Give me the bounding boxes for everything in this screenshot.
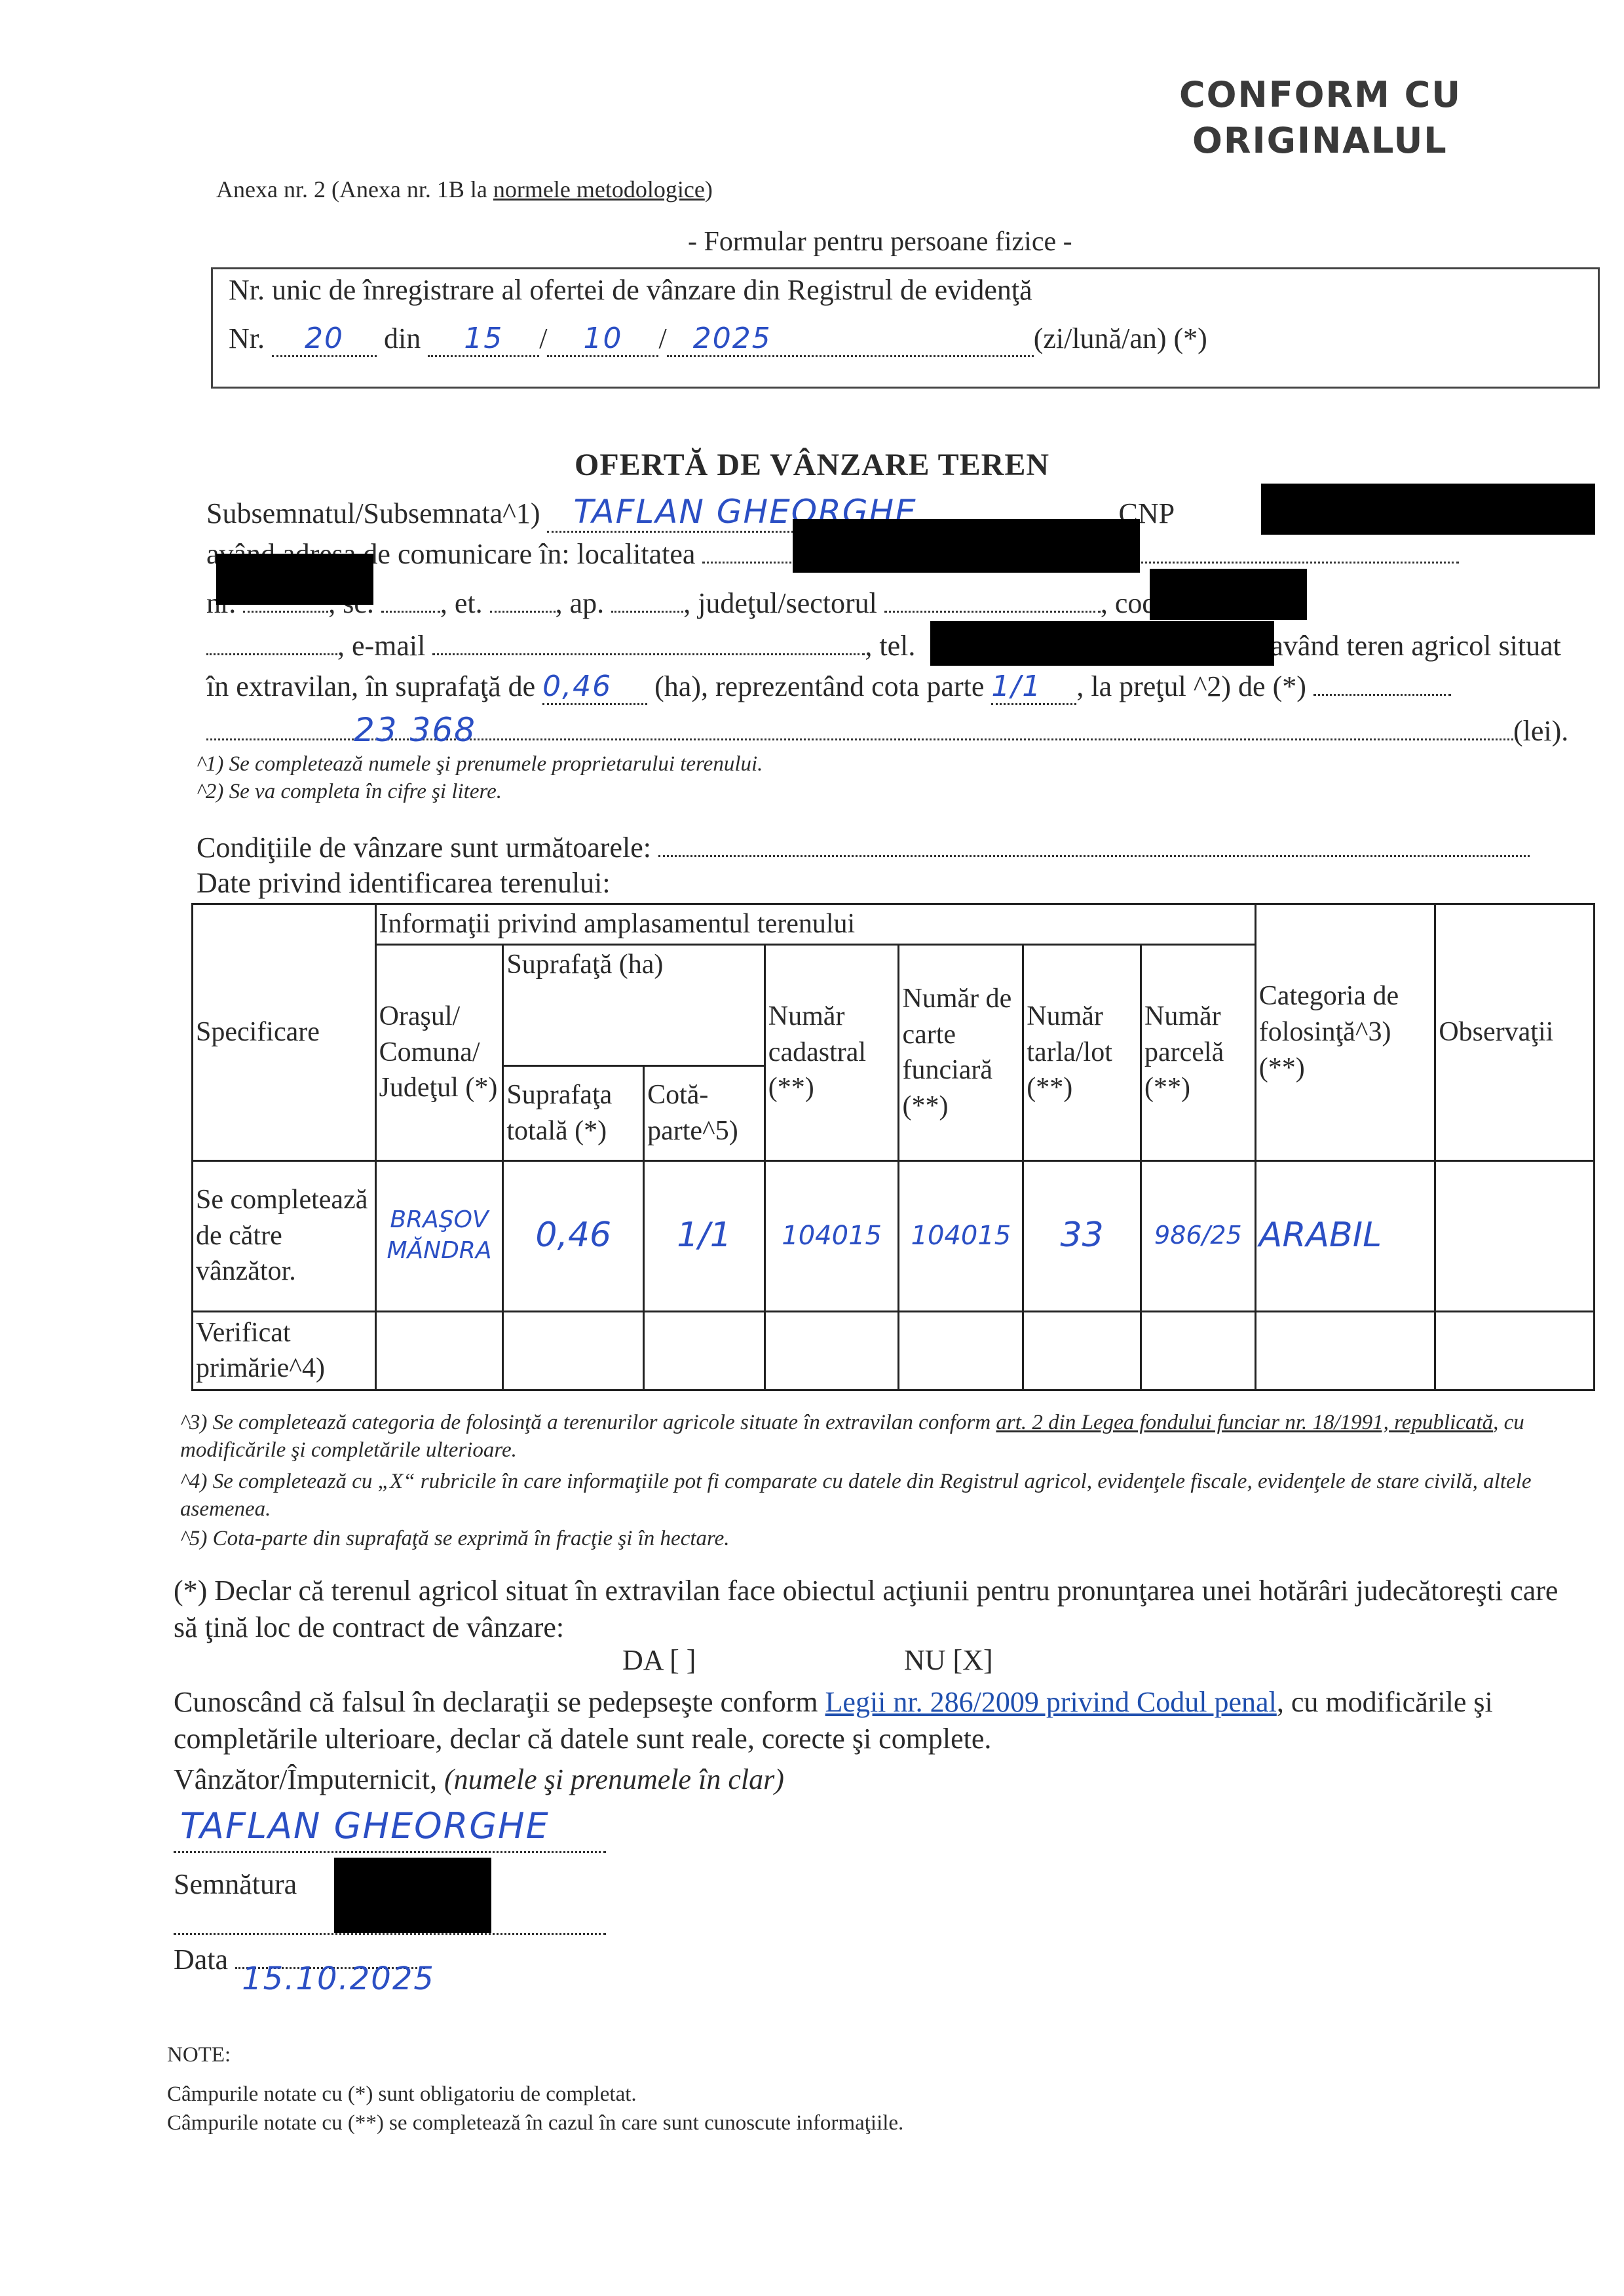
header-carte-funciara: Număr de carte funciară (**) (899, 944, 1023, 1160)
header-parcela: Număr parcelă (**) (1141, 944, 1256, 1160)
cell-categorie[interactable] (1255, 1311, 1435, 1390)
redacted-phone (930, 621, 1274, 666)
header-suprafata: Suprafaţă (ha) (503, 944, 765, 1065)
footnote-4: ^4) Se completează cu „X“ rubricile în c… (180, 1468, 1608, 1523)
registration-day-field[interactable]: 15 (428, 322, 539, 357)
option-da[interactable]: DA [ ] (622, 1643, 696, 1677)
conform-stamp: CONFORM CU ORIGINALUL (1179, 72, 1462, 164)
cell-observatii[interactable] (1435, 1160, 1595, 1311)
footnote-2: ^2) Se va completa în cifre şi litere. (197, 780, 502, 804)
signature-name-field[interactable]: TAFLAN GHEORGHE (174, 1825, 606, 1853)
number-field[interactable] (243, 611, 328, 613)
table-row-vanzator: Se completează de către vânzător. BRAŞOV… (193, 1160, 1595, 1311)
contact-line: , e-mail , tel. având teren agricol situ… (206, 629, 1561, 662)
note-item: Câmpurile notate cu (**) se completează … (167, 2111, 903, 2135)
seller-role-line: Vânzător/Împuternicit, (numele şi prenum… (174, 1763, 784, 1796)
cell-tarla[interactable] (1023, 1311, 1141, 1390)
redacted-number (216, 554, 373, 605)
email-field[interactable] (432, 653, 865, 655)
cell-observatii[interactable] (1435, 1311, 1595, 1390)
notes-title: NOTE: (167, 2043, 231, 2067)
registration-number-line: Nr. 20 din 15/10/2025(zi/lună/an) (*) (229, 322, 1207, 357)
registration-label: Nr. unic de înregistrare al ofertei de v… (229, 273, 1032, 307)
header-cadastral: Număr cadastral (**) (765, 944, 899, 1160)
registration-nr-field[interactable]: 20 (272, 322, 377, 357)
registration-year-field[interactable]: 2025 (667, 322, 1034, 357)
page-title: OFERTĂ DE VÂNZARE TEREN (0, 447, 1624, 483)
cell-suprafata-totala[interactable] (503, 1311, 644, 1390)
penal-statement: Cunoscând că falsul în declaraţii se ped… (174, 1684, 1582, 1757)
cell-tarla[interactable]: 33 (1023, 1160, 1141, 1311)
header-cota: Cotă-parte^5) (644, 1065, 765, 1160)
note-item: Câmpurile notate cu (*) sunt obligatoriu… (167, 2082, 637, 2107)
stamp-line-2: ORIGINALUL (1179, 118, 1462, 164)
cell-cadastral[interactable]: 104015 (765, 1160, 899, 1311)
redacted-county (1150, 569, 1307, 620)
price-line: 23 368(lei). (206, 714, 1568, 748)
cell-localitate[interactable] (375, 1311, 503, 1390)
cell-categorie[interactable]: ARABIL (1255, 1160, 1435, 1311)
registration-month-field[interactable]: 10 (547, 322, 658, 357)
cell-carte-funciara[interactable] (899, 1311, 1023, 1390)
header-group-location: Informaţii privind amplasamentul terenul… (375, 904, 1255, 945)
declaration-text: (*) Declar că terenul agricol situat în … (174, 1573, 1582, 1646)
apartment-field[interactable] (611, 611, 683, 613)
option-nu[interactable]: NU [X] (904, 1643, 993, 1677)
conditions-line: Condiţiile de vânzare sunt următoarele: (197, 831, 1530, 864)
cell-carte-funciara[interactable]: 104015 (899, 1160, 1023, 1311)
row-label: Se completează de către vânzător. (193, 1160, 376, 1311)
land-identification-table: Specificare Informaţii privind amplasame… (191, 903, 1595, 1391)
header-observatii: Observaţii (1435, 904, 1595, 1161)
redacted-locality (793, 519, 1140, 573)
cell-localitate[interactable]: BRAŞOV MĂNDRA (375, 1160, 503, 1311)
redacted-cnp (1261, 484, 1595, 535)
law-18-1991-link[interactable]: art. 2 din Legea fondului funciar nr. 18… (996, 1411, 1493, 1434)
conditions-field[interactable] (658, 855, 1530, 857)
area-field[interactable]: 0,46 (542, 670, 647, 705)
street-field[interactable] (1105, 562, 1459, 564)
area-line: în extravilan, în suprafaţă de 0,46 (ha)… (206, 670, 1451, 705)
cell-parcela[interactable]: 986/25 (1141, 1160, 1256, 1311)
cell-cota[interactable] (644, 1311, 765, 1390)
form-type: - Formular pentru persoane fizice - (688, 226, 1072, 258)
postal-code-field[interactable] (206, 653, 337, 655)
header-tarla: Număr tarla/lot (**) (1023, 944, 1141, 1160)
header-categorie: Categoria de folosinţă^3) (**) (1255, 904, 1435, 1161)
county-field[interactable] (884, 611, 1101, 613)
row-label: Verificat primărie^4) (193, 1311, 376, 1390)
registration-box: Nr. unic de înregistrare al ofertei de v… (211, 267, 1600, 389)
date-field[interactable]: 15.10.2025 (235, 1967, 425, 1969)
footnote-5: ^5) Cota-parte din suprafaţă se exprimă … (180, 1527, 730, 1551)
cell-parcela[interactable] (1141, 1311, 1256, 1390)
staircase-field[interactable] (381, 611, 440, 613)
cell-cota[interactable]: 1/1 (644, 1160, 765, 1311)
table-row-primarie: Verificat primărie^4) (193, 1311, 1595, 1390)
footnote-1: ^1) Se completează numele şi prenumele p… (197, 752, 763, 776)
stamp-line-1: CONFORM CU (1179, 72, 1462, 118)
date-line: Data 15.10.2025 (174, 1943, 425, 1976)
signature-label: Semnătura (174, 1867, 297, 1901)
header-specificare: Specificare (193, 904, 376, 1161)
header-localitate: Oraşul/ Comuna/ Judeţul (*) (375, 944, 503, 1160)
annex-link[interactable]: normele metodologice (493, 176, 705, 202)
header-suprafata-totala: Suprafaţa totală (*) (503, 1065, 644, 1160)
footnote-3: ^3) Se completează categoria de folosinţ… (180, 1409, 1608, 1464)
cell-cadastral[interactable] (765, 1311, 899, 1390)
share-field[interactable]: 1/1 (991, 670, 1076, 705)
redacted-signature (334, 1858, 491, 1933)
penal-code-link[interactable]: Legii nr. 286/2009 privind Codul penal (825, 1686, 1277, 1718)
cell-suprafata-totala[interactable]: 0,46 (503, 1160, 644, 1311)
floor-field[interactable] (490, 611, 556, 613)
identification-label: Date privind identificarea terenului: (197, 866, 611, 900)
annex-reference: Anexa nr. 2 (Anexa nr. 1B la normele met… (216, 176, 713, 203)
price-field[interactable]: 23 368 (206, 738, 1513, 740)
